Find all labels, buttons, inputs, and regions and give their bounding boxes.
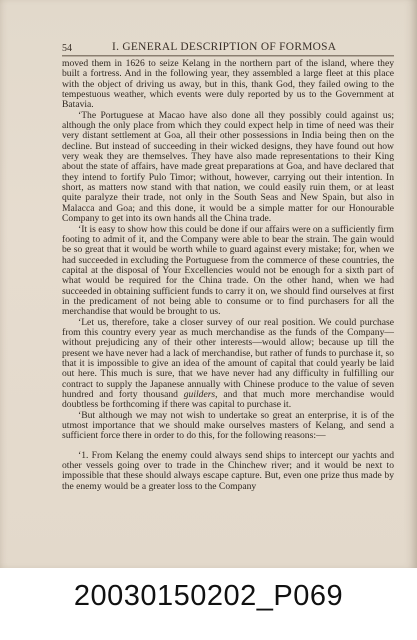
paragraph-5: ‘But although we may not wish to underta… xyxy=(62,411,394,442)
paragraph-4-italic: guilders xyxy=(184,389,215,400)
page-number: 54 xyxy=(62,43,72,54)
paragraph-3: ‘It is easy to show how this could be do… xyxy=(62,225,394,318)
paragraph-4: ‘Let us, therefore, take a closer survey… xyxy=(62,318,394,411)
image-id-caption: 20030150202_P069 xyxy=(0,580,417,613)
paragraph-6: ‘1. From Kelang the enemy could always s… xyxy=(62,451,394,492)
paragraph-1: moved them in 1626 to seize Kelang in th… xyxy=(62,59,394,111)
paragraph-4-text-a: ‘Let us, therefore, take a closer survey… xyxy=(62,317,394,400)
header-rule xyxy=(62,55,394,57)
paragraph-2: ‘The Portuguese at Macao have also done … xyxy=(62,111,394,225)
page-header: 54 I. GENERAL DESCRIPTION OF FORMOSA xyxy=(62,40,394,54)
body-text: moved them in 1626 to seize Kelang in th… xyxy=(62,59,394,492)
running-head: I. GENERAL DESCRIPTION OF FORMOSA xyxy=(112,41,336,53)
scanned-book-page: 54 I. GENERAL DESCRIPTION OF FORMOSA mov… xyxy=(0,0,417,568)
